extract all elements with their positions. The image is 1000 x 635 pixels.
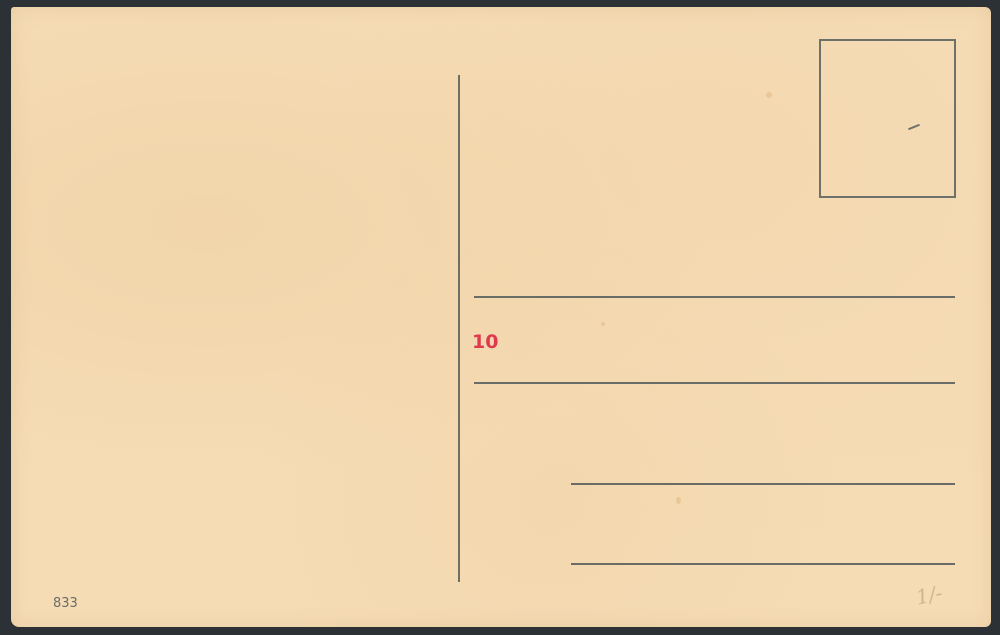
- address-line-4: [571, 563, 955, 565]
- publisher-number: 833: [53, 596, 78, 611]
- address-line-1: [474, 296, 955, 298]
- pencil-price-mark: 1/-: [914, 581, 945, 610]
- message-address-divider: [458, 75, 460, 582]
- foxing-spot: [766, 92, 772, 98]
- foxing-spot: [676, 497, 681, 504]
- red-number-stamp: 10: [472, 331, 498, 353]
- address-line-2: [474, 382, 955, 384]
- stamp-box: [819, 39, 956, 198]
- postcard-back: 10 833 1/-: [11, 7, 991, 627]
- foxing-spot: [601, 322, 605, 326]
- address-line-3: [571, 483, 955, 485]
- scan-background: 10 833 1/-: [0, 0, 1000, 635]
